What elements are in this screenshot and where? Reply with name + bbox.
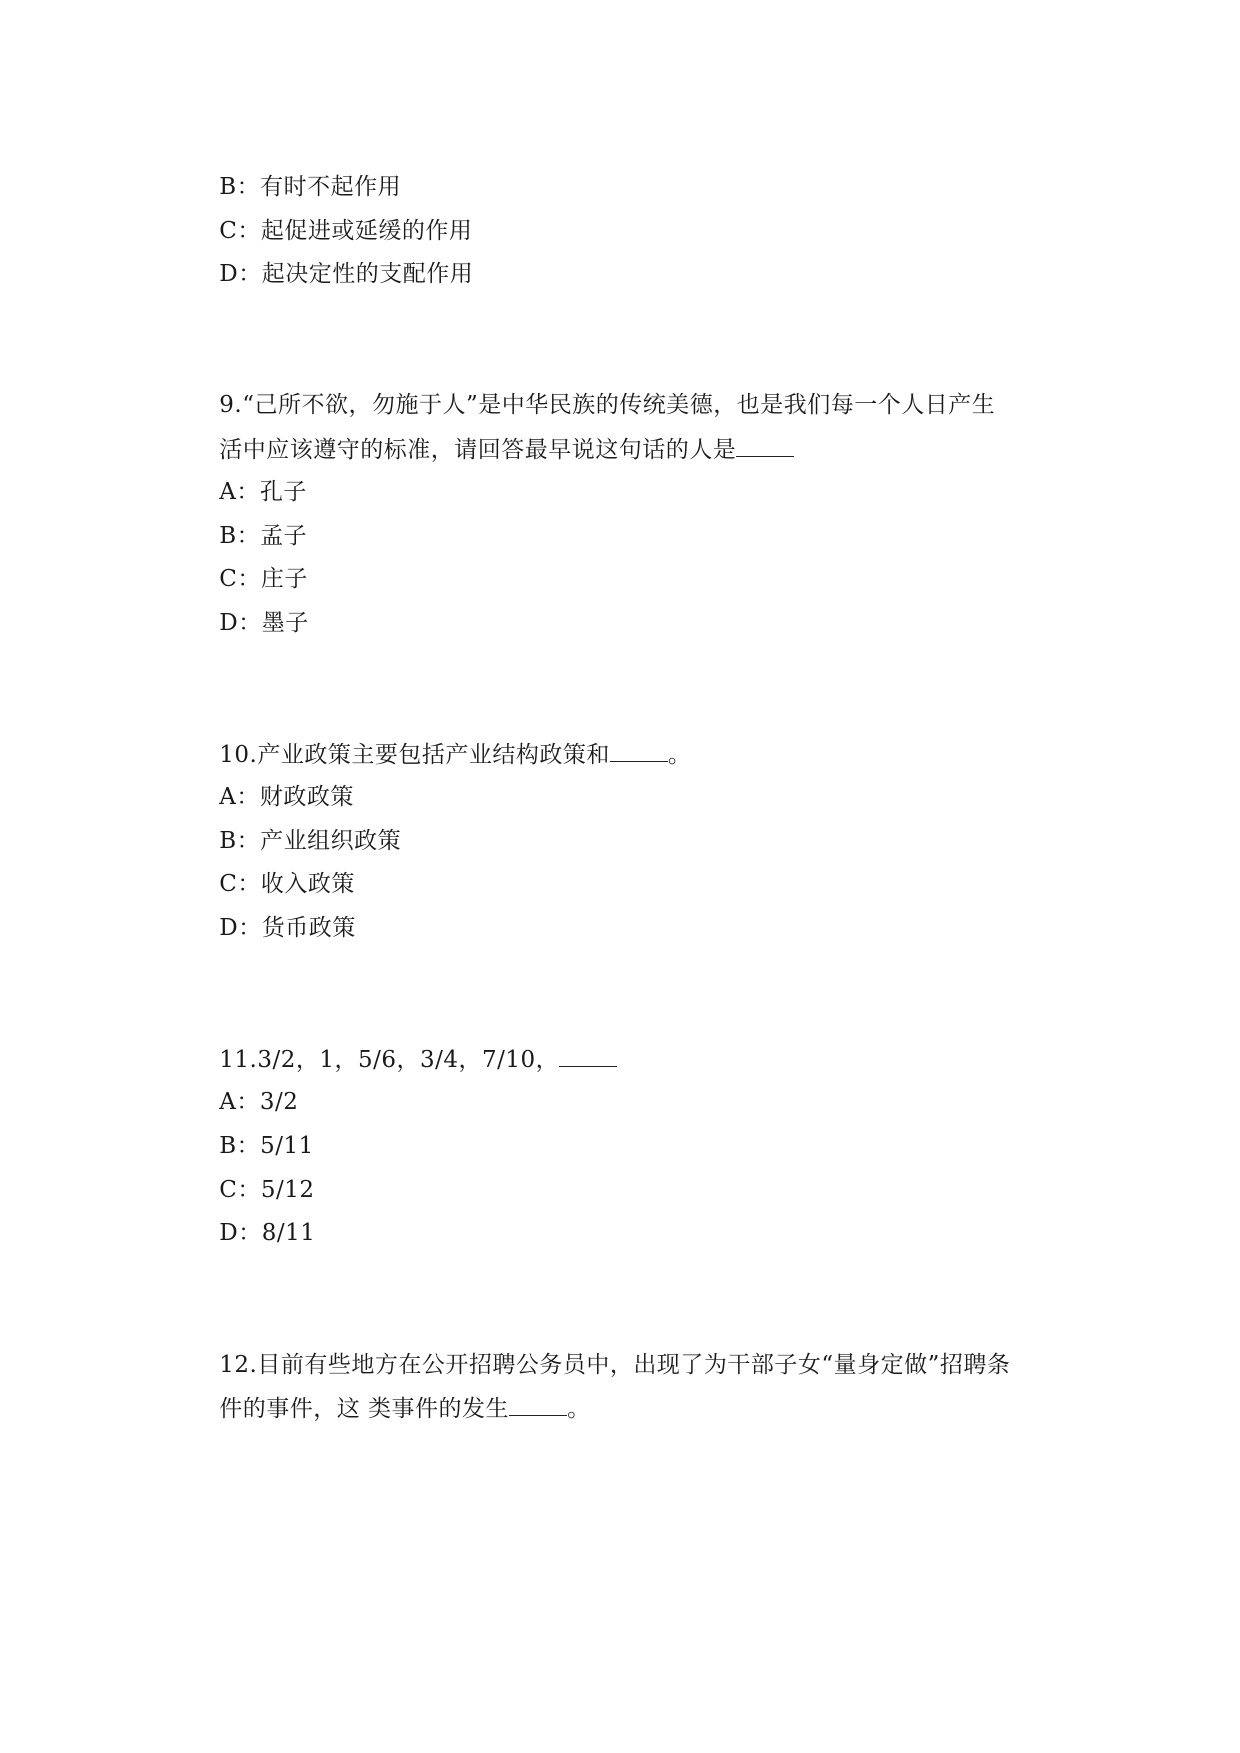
option-label: D： [219,915,261,941]
q8-option-d: D：起决定性的支配作用 [188,229,473,319]
q10-option-d: D：货币政策 [188,883,356,973]
option-label: D： [219,261,261,287]
answer-blank [610,739,668,762]
question-end: 。 [668,742,692,768]
option-text: 起决定性的支配作用 [262,261,474,287]
answer-blank [509,1393,567,1416]
question-end: 。 [567,1396,591,1422]
q12-stem-line2: 件的事件，这 类事件的发生。 [188,1363,591,1454]
document-page: B：有时不起作用 C：起促进或延缓的作用 D：起决定性的支配作用 9.“己所不欲… [0,0,1240,1753]
option-label: D： [219,1220,261,1246]
option-label: D： [219,610,261,636]
answer-blank [736,434,794,457]
answer-blank [559,1044,617,1067]
option-text: 货币政策 [262,915,356,941]
q9-option-d: D：墨子 [188,578,309,668]
q11-option-d: D：8/11 [188,1188,315,1278]
question-text: 件的事件，这 类事件的发生 [219,1396,509,1422]
option-text: 8/11 [262,1220,316,1246]
option-text: 墨子 [262,610,309,636]
